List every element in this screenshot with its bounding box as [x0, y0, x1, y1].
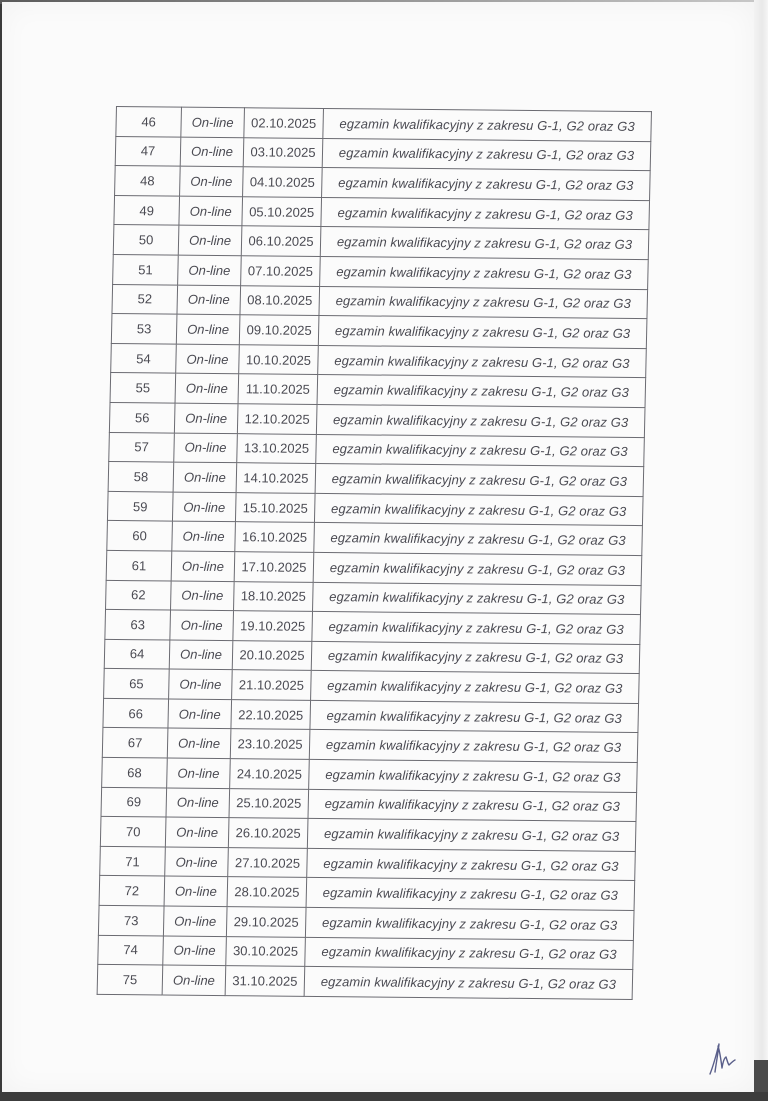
schedule-table-wrapper: 46On-line02.10.2025egzamin kwalifikacyjn…: [97, 106, 658, 1000]
exam-description: egzamin kwalifikacyjny z zakresu G-1, G2…: [313, 552, 642, 585]
exam-mode: On-line: [167, 758, 231, 788]
exam-mode: On-line: [168, 699, 232, 729]
exam-description: egzamin kwalifikacyjny z zakresu G-1, G2…: [323, 108, 652, 141]
row-number: 69: [101, 787, 167, 817]
row-number: 50: [113, 225, 179, 255]
exam-mode: On-line: [167, 728, 231, 758]
exam-mode: On-line: [177, 285, 241, 315]
exam-date: 25.10.2025: [229, 788, 309, 818]
exam-description: egzamin kwalifikacyjny z zakresu G-1, G2…: [314, 493, 643, 526]
row-number: 59: [107, 491, 173, 521]
row-number: 51: [113, 254, 179, 284]
row-number: 75: [97, 965, 163, 995]
exam-description: egzamin kwalifikacyjny z zakresu G-1, G2…: [318, 316, 647, 349]
row-number: 53: [111, 314, 177, 344]
exam-description: egzamin kwalifikacyjny z zakresu G-1, G2…: [322, 168, 651, 201]
exam-description: egzamin kwalifikacyjny z zakresu G-1, G2…: [313, 582, 642, 615]
row-number: 64: [104, 639, 170, 669]
row-number: 46: [116, 107, 182, 137]
exam-description: egzamin kwalifikacyjny z zakresu G-1, G2…: [308, 789, 637, 822]
exam-description: egzamin kwalifikacyjny z zakresu G-1, G2…: [317, 375, 646, 408]
exam-date: 07.10.2025: [241, 256, 321, 286]
row-number: 62: [106, 580, 172, 610]
exam-description: egzamin kwalifikacyjny z zakresu G-1, G2…: [311, 671, 640, 704]
row-number: 63: [105, 610, 171, 640]
exam-mode: On-line: [179, 196, 243, 226]
exam-description: egzamin kwalifikacyjny z zakresu G-1, G2…: [307, 819, 636, 852]
exam-date: 21.10.2025: [232, 670, 312, 700]
exam-mode: On-line: [166, 788, 230, 818]
exam-description: egzamin kwalifikacyjny z zakresu G-1, G2…: [321, 197, 650, 230]
exam-mode: On-line: [162, 965, 226, 995]
exam-mode: On-line: [181, 107, 245, 137]
exam-mode: On-line: [178, 225, 242, 255]
exam-mode: On-line: [174, 403, 238, 433]
exam-description: egzamin kwalifikacyjny z zakresu G-1, G2…: [305, 937, 634, 970]
exam-mode: On-line: [171, 581, 235, 611]
row-number: 58: [108, 462, 174, 492]
scan-edge-bottom: [0, 1092, 768, 1101]
row-number: 55: [110, 373, 176, 403]
exam-date: 31.10.2025: [225, 966, 305, 996]
exam-date: 13.10.2025: [237, 433, 317, 463]
exam-mode: On-line: [169, 640, 233, 670]
exam-mode: On-line: [174, 433, 238, 463]
exam-mode: On-line: [173, 462, 237, 492]
exam-date: 28.10.2025: [227, 877, 307, 907]
exam-mode: On-line: [178, 255, 242, 285]
row-number: 72: [99, 876, 165, 906]
exam-date: 02.10.2025: [244, 108, 324, 138]
exam-date: 12.10.2025: [237, 404, 317, 434]
schedule-table-body: 46On-line02.10.2025egzamin kwalifikacyjn…: [97, 107, 651, 1000]
exam-description: egzamin kwalifikacyjny z zakresu G-1, G2…: [304, 967, 633, 1000]
exam-description: egzamin kwalifikacyjny z zakresu G-1, G2…: [309, 759, 638, 792]
exam-description: egzamin kwalifikacyjny z zakresu G-1, G2…: [311, 641, 640, 674]
exam-date: 27.10.2025: [228, 847, 308, 877]
exam-date: 15.10.2025: [235, 492, 315, 522]
row-number: 60: [107, 521, 173, 551]
row-number: 65: [104, 669, 170, 699]
exam-date: 26.10.2025: [228, 818, 308, 848]
exam-date: 24.10.2025: [230, 759, 310, 789]
exam-date: 10.10.2025: [239, 344, 319, 374]
exam-mode: On-line: [165, 847, 229, 877]
row-number: 73: [98, 905, 164, 935]
exam-description: egzamin kwalifikacyjny z zakresu G-1, G2…: [320, 256, 649, 289]
exam-description: egzamin kwalifikacyjny z zakresu G-1, G2…: [312, 612, 641, 645]
table-row: 75On-line31.10.2025egzamin kwalifikacyjn…: [97, 965, 633, 1000]
exam-date: 09.10.2025: [239, 315, 319, 345]
exam-schedule-table: 46On-line02.10.2025egzamin kwalifikacyjn…: [97, 106, 652, 1000]
row-number: 54: [111, 343, 177, 373]
exam-mode: On-line: [171, 551, 235, 581]
exam-description: egzamin kwalifikacyjny z zakresu G-1, G2…: [307, 848, 636, 881]
exam-mode: On-line: [176, 314, 240, 344]
row-number: 71: [100, 846, 166, 876]
exam-description: egzamin kwalifikacyjny z zakresu G-1, G2…: [322, 138, 651, 171]
exam-mode: On-line: [169, 669, 233, 699]
exam-date: 05.10.2025: [242, 197, 322, 227]
exam-date: 11.10.2025: [238, 374, 318, 404]
exam-mode: On-line: [172, 492, 236, 522]
exam-date: 17.10.2025: [234, 552, 314, 582]
scan-edge-right: [754, 0, 768, 1101]
row-number: 74: [98, 935, 164, 965]
row-number: 67: [102, 728, 168, 758]
exam-description: egzamin kwalifikacyjny z zakresu G-1, G2…: [320, 227, 649, 260]
exam-mode: On-line: [170, 610, 234, 640]
exam-date: 16.10.2025: [235, 522, 315, 552]
exam-mode: On-line: [163, 936, 227, 966]
exam-date: 08.10.2025: [240, 285, 320, 315]
exam-mode: On-line: [164, 876, 228, 906]
exam-date: 23.10.2025: [230, 729, 310, 759]
row-number: 48: [115, 166, 181, 196]
exam-description: egzamin kwalifikacyjny z zakresu G-1, G2…: [314, 523, 643, 556]
row-number: 49: [114, 195, 180, 225]
exam-date: 22.10.2025: [231, 700, 311, 730]
exam-description: egzamin kwalifikacyjny z zakresu G-1, G2…: [310, 700, 639, 733]
row-number: 66: [103, 698, 169, 728]
row-number: 52: [112, 284, 178, 314]
exam-description: egzamin kwalifikacyjny z zakresu G-1, G2…: [316, 434, 645, 467]
row-number: 57: [109, 432, 175, 462]
exam-date: 04.10.2025: [243, 167, 323, 197]
row-number: 61: [106, 550, 172, 580]
exam-description: egzamin kwalifikacyjny z zakresu G-1, G2…: [315, 464, 644, 497]
exam-description: egzamin kwalifikacyjny z zakresu G-1, G2…: [318, 345, 647, 378]
exam-description: egzamin kwalifikacyjny z zakresu G-1, G2…: [305, 907, 634, 940]
exam-date: 20.10.2025: [232, 640, 312, 670]
exam-description: egzamin kwalifikacyjny z zakresu G-1, G2…: [319, 286, 648, 319]
exam-description: egzamin kwalifikacyjny z zakresu G-1, G2…: [316, 404, 645, 437]
exam-date: 30.10.2025: [226, 936, 306, 966]
exam-date: 14.10.2025: [236, 463, 316, 493]
exam-date: 03.10.2025: [243, 137, 323, 167]
exam-mode: On-line: [180, 137, 244, 167]
exam-mode: On-line: [165, 817, 229, 847]
exam-mode: On-line: [180, 166, 244, 196]
exam-mode: On-line: [176, 344, 240, 374]
handwritten-signature-icon: [706, 1038, 738, 1078]
exam-date: 18.10.2025: [234, 581, 314, 611]
exam-date: 06.10.2025: [241, 226, 321, 256]
exam-date: 29.10.2025: [226, 907, 306, 937]
document-page: 46On-line02.10.2025egzamin kwalifikacyjn…: [2, 2, 754, 1092]
exam-date: 19.10.2025: [233, 611, 313, 641]
row-number: 70: [100, 817, 166, 847]
exam-mode: On-line: [163, 906, 227, 936]
exam-description: egzamin kwalifikacyjny z zakresu G-1, G2…: [306, 878, 635, 911]
exam-description: egzamin kwalifikacyjny z zakresu G-1, G2…: [309, 730, 638, 763]
exam-mode: On-line: [175, 373, 239, 403]
row-number: 56: [109, 402, 175, 432]
row-number: 47: [115, 136, 181, 166]
exam-mode: On-line: [172, 521, 236, 551]
row-number: 68: [102, 757, 168, 787]
